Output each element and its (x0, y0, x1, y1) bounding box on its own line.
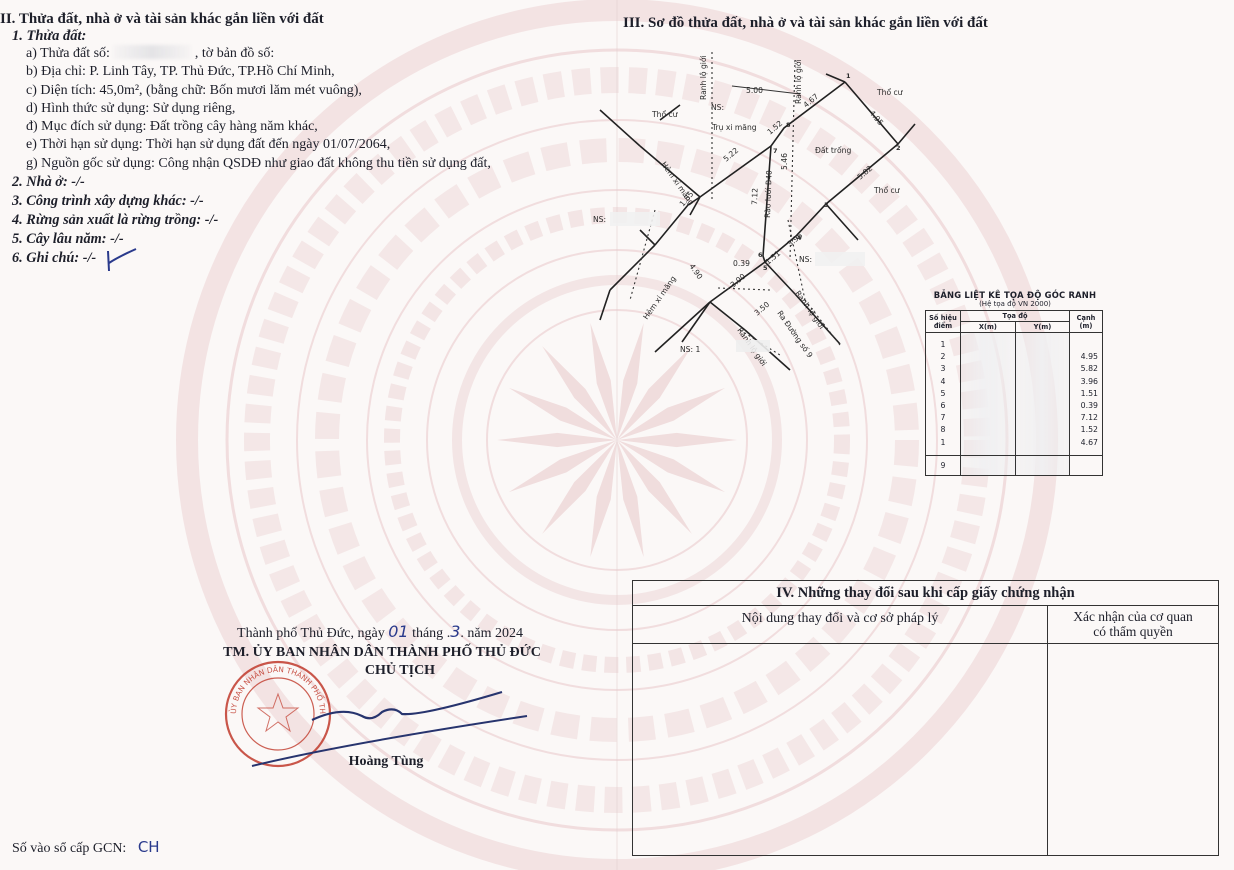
dim-7-12: 7.12 (750, 188, 760, 205)
edge-column: 4.955.823.961.510.397.121.524.67 (1070, 333, 1103, 456)
authority-header-line1: Xác nhận của cơ quan (1048, 609, 1218, 624)
section2-title: II. Thửa đất, nhà ở và tài sản khác gắn … (0, 11, 491, 28)
redacted-ns-value-2 (610, 212, 660, 226)
point-id: 4 (928, 376, 958, 388)
edge-length: 4.67 (1072, 437, 1098, 449)
edge-length: 1.52 (1072, 424, 1098, 436)
header-y: Y(m) (1015, 322, 1069, 333)
map-sheet-label: , tờ bản đồ số: (195, 46, 274, 61)
section-land-info: II. Thửa đất, nhà ở và tài sản khác gắn … (0, 11, 491, 268)
point-id: 7 (928, 412, 958, 424)
redacted-ns-value (736, 340, 770, 352)
dim-4-90: 4.90 (687, 262, 704, 281)
usage-purpose-line: đ) Mục đích sử dụng: Đất trồng cây hàng … (0, 118, 491, 136)
vertex-5: 5 (763, 264, 768, 272)
svg-text:ỦY BAN NHÂN DÂN THÀNH PHỐ THỦ: ỦY BAN NHÂN DÂN THÀNH PHỐ THỦ ĐỨC T.P HỒ… (222, 658, 327, 714)
stamp-text: ỦY BAN NHÂN DÂN THÀNH PHỐ THỦ ĐỨC T.P HỒ… (222, 658, 327, 714)
dim-3-96: 3.96 (786, 231, 805, 249)
label-rao-luoi-b40: Rào lưới B40 (763, 170, 774, 218)
label-ns-3: NS: (799, 255, 812, 264)
vertex-1: 1 (846, 72, 851, 80)
point-id: 6 (928, 400, 958, 412)
coord-table-title: BẢNG LIỆT KÊ TỌA ĐỘ GÓC RANH (925, 290, 1105, 300)
edge-length: 3.96 (1072, 376, 1098, 388)
dim-5-00: 5.00 (746, 86, 763, 95)
point-id: 8 (928, 424, 958, 436)
point-column: 123456781 (926, 333, 961, 456)
redacted-ns-value-3 (815, 252, 865, 266)
label-ns-1: NS: (711, 103, 724, 112)
certificate-registry-line: Số vào sổ cấp GCN: CH (12, 838, 160, 857)
boundary-coordinates-table: BẢNG LIỆT KÊ TỌA ĐỘ GÓC RANH (Hệ tọa độ … (925, 290, 1105, 476)
edge-length: 1.51 (1072, 388, 1098, 400)
vertex-2: 2 (896, 144, 901, 152)
dim-0-39: 0.39 (733, 259, 750, 268)
usage-term-line: e) Thời hạn sử dụng: Thời hạn sử dụng đấ… (0, 136, 491, 154)
dim-3-50: 3.50 (753, 300, 772, 318)
vertex-7: 7 (773, 147, 778, 155)
dim-4-95: 4.95 (867, 109, 885, 128)
perennial-trees-item: 5. Cây lâu năm: -/- (0, 230, 491, 249)
point-id: 2 (928, 351, 958, 363)
redacted-x-column (961, 333, 1016, 456)
label-ranh-lo-gioi-3: Ranh lộ giới (793, 289, 826, 331)
vertex-8: 8 (786, 121, 791, 129)
address-line: b) Địa chỉ: P. Linh Tây, TP. Thủ Đức, TP… (0, 63, 491, 81)
label-ranh-lo-gioi-2: Ranh lộ giới (794, 59, 803, 104)
usage-origin-line: g) Nguồn gốc sử dụng: Công nhận QSDĐ như… (0, 155, 491, 173)
issue-year: năm 2024 (467, 626, 523, 641)
redacted-y-column (1015, 333, 1069, 456)
place-date: Thành phố Thủ Đức, ngày 01 tháng .3. năm… (200, 622, 560, 642)
month-label: tháng (412, 626, 443, 641)
header-x: X(m) (961, 322, 1016, 333)
issue-day: 01 (388, 622, 408, 641)
changes-content-cell (633, 644, 1048, 855)
label-ra-duong-so-9: Ra Đường số 9 (775, 309, 814, 360)
plot-number-line: a) Thửa đất số: , tờ bản đồ số: (0, 45, 491, 63)
place-date-prefix: Thành phố Thủ Đức, ngày (237, 626, 385, 641)
point-id: 3 (928, 363, 958, 375)
edge-length: 4.95 (1072, 351, 1098, 363)
vertex-6: 6 (758, 251, 763, 259)
label-ns-2: NS: (593, 215, 606, 224)
edge-length: 0.39 (1072, 400, 1098, 412)
registry-value: CH (138, 838, 160, 856)
edge-length: 7.12 (1072, 412, 1098, 424)
label-hem-xi-mang-2: Hẻm xi măng (641, 274, 678, 321)
plot-boundary (763, 82, 898, 262)
vertex-3: 3 (824, 201, 829, 209)
handwritten-mark-icon (104, 243, 140, 273)
diagram-labels: 5.00 Ranh lộ giới Ranh lộ giới 4.67 4.95… (593, 55, 904, 367)
redacted-plot-number (113, 45, 191, 59)
land-plot-heading: 1. Thửa đất: (0, 28, 491, 45)
label-tho-cu-1: Thổ cư (876, 88, 904, 97)
dim-3-00: 3.00 (729, 272, 748, 290)
area-line: c) Diện tích: 45,0m², (bằng chữ: Bốn mươ… (0, 82, 491, 100)
label-ranh-lo-gioi-1: Ranh lộ giới (699, 55, 708, 100)
plot-number-label: a) Thửa đất số: (26, 46, 110, 61)
authority-confirmation-header: Xác nhận của cơ quan có thẩm quyền (1048, 606, 1218, 643)
point-id: 5 (928, 388, 958, 400)
point-id: 1 (928, 437, 958, 449)
point-id: 1 (928, 339, 958, 351)
planted-forest-item: 4. Rừng sản xuất là rừng trồng: -/- (0, 211, 491, 230)
label-dat-trong: Đất trống (815, 146, 851, 155)
footer-point: 9 (926, 455, 961, 475)
coord-table-subtitle: (Hệ tọa độ VN 2000) (925, 300, 1105, 308)
label-tho-cu-3: Thổ cư (873, 186, 901, 195)
other-construction-item: 3. Công trình xây dựng khác: -/- (0, 192, 491, 211)
authority-header-line2: có thẩm quyền (1048, 624, 1218, 639)
notes-item: 6. Ghi chú: -/- (0, 249, 491, 268)
label-ns-4: NS: 1 (680, 345, 700, 354)
header-point: Số hiệu điểm (926, 311, 961, 333)
vertex-4: 4 (797, 234, 802, 242)
section3-title: III. Sơ đồ thửa đất, nhà ở và tài sản kh… (623, 15, 988, 32)
issue-month: 3 (450, 622, 460, 641)
official-stamp-icon: ỦY BAN NHÂN DÂN THÀNH PHỐ THỦ ĐỨC T.P HỒ… (222, 658, 542, 778)
dim-5-22: 5.22 (722, 146, 741, 164)
label-tho-cu-2: Thổ cư (651, 110, 679, 119)
label-tru-xi-mang: Trụ xi măng (711, 123, 757, 132)
house-item: 2. Nhà ở: -/- (0, 173, 491, 192)
header-edge: Cạnh (m) (1070, 311, 1103, 333)
changes-content-header: Nội dung thay đổi và cơ sở pháp lý (633, 606, 1048, 643)
notes-text: 6. Ghi chú: -/- (12, 250, 96, 266)
signature-stroke-icon (312, 692, 502, 720)
section4-title: IV. Những thay đổi sau khi cấp giấy chứn… (633, 581, 1218, 606)
header-coords: Tọa độ (961, 311, 1070, 322)
usage-form-line: d) Hình thức sử dụng: Sử dụng riêng, (0, 100, 491, 118)
authority-confirmation-cell (1048, 644, 1218, 855)
edge-length: 5.82 (1072, 363, 1098, 375)
coord-table: Số hiệu điểm Tọa độ Cạnh (m) X(m) Y(m) 1… (925, 310, 1103, 476)
section4-changes-table: IV. Những thay đổi sau khi cấp giấy chứn… (632, 580, 1219, 856)
dim-5-46: 5.46 (780, 153, 789, 170)
registry-label: Số vào sổ cấp GCN: (12, 841, 126, 856)
dim-1-52: 1.52 (766, 119, 785, 137)
